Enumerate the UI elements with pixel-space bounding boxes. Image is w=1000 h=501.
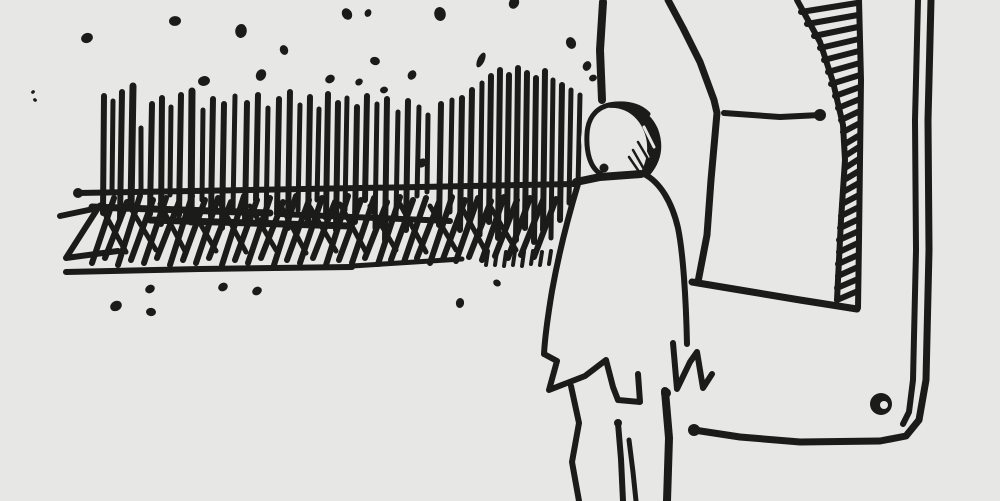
- ink-sketch-stage: [0, 0, 1000, 501]
- background-pole: [600, 2, 603, 100]
- screw-dot: [870, 393, 892, 415]
- cartoon-sketch-canvas: [0, 0, 1000, 501]
